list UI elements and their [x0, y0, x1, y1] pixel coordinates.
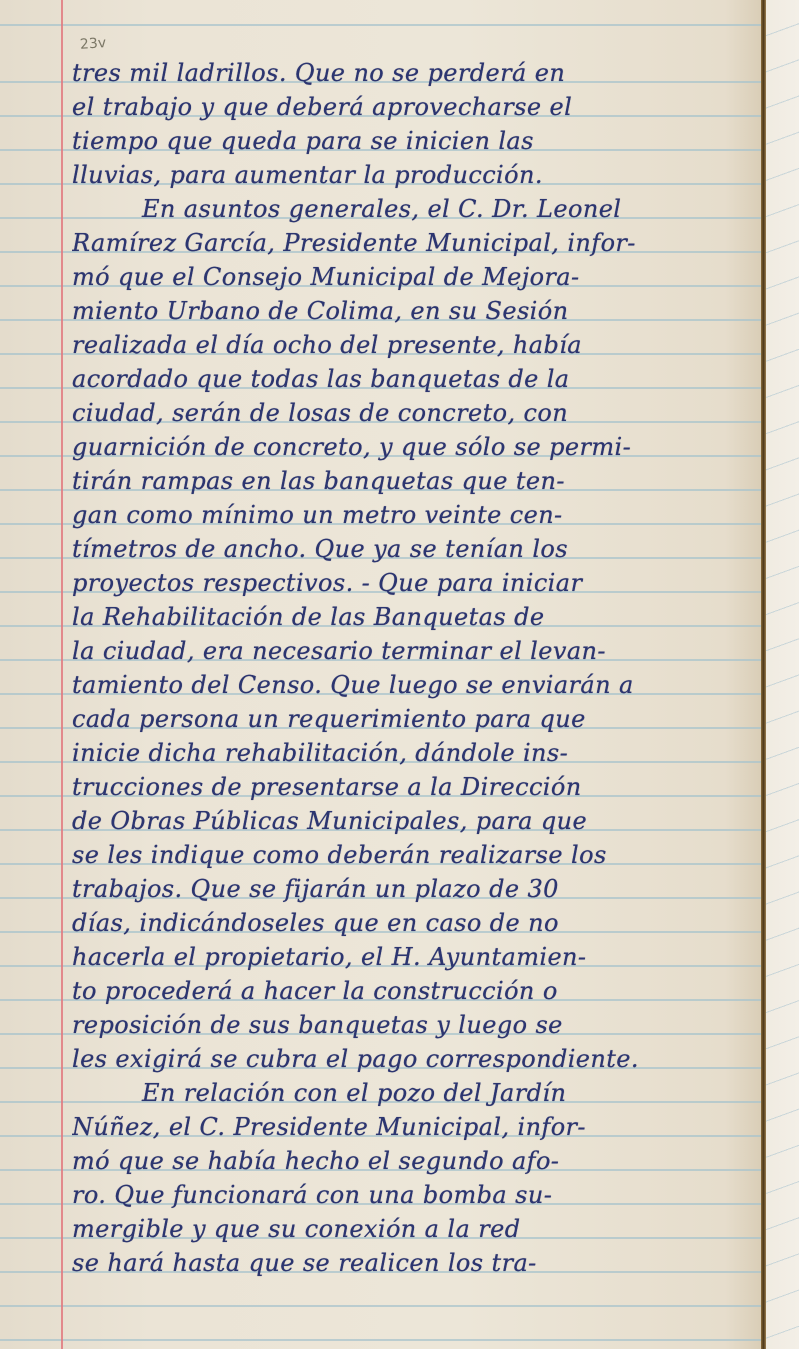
facing-page-ruled-lines: [766, 0, 799, 1349]
text-line: lluvias, para aumentar la producción.: [72, 158, 762, 192]
text-line: miento Urbano de Colima, en su Sesión: [72, 294, 762, 328]
text-line: tímetros de ancho. Que ya se tenían los: [72, 532, 762, 566]
text-line: trabajos. Que se fijarán un plazo de 30: [72, 872, 762, 906]
text-line: gan como mínimo un metro veinte cen-: [72, 498, 762, 532]
text-line: trucciones de presentarse a la Dirección: [72, 770, 762, 804]
text-line: Ramírez García, Presidente Municipal, in…: [72, 226, 762, 260]
text-line: les exigirá se cubra el pago correspondi…: [72, 1042, 762, 1076]
text-line: cada persona un requerimiento para que: [72, 702, 762, 736]
text-line: se les indique como deberán realizarse l…: [72, 838, 762, 872]
text-line: ciudad, serán de losas de concreto, con: [72, 396, 762, 430]
paragraph-start-line: En asuntos generales, el C. Dr. Leonel: [72, 192, 762, 226]
text-line: Núñez, el C. Presidente Municipal, infor…: [72, 1110, 762, 1144]
text-line: tiempo que queda para se inicien las: [72, 124, 762, 158]
text-line: se hará hasta que se realicen los tra-: [72, 1246, 762, 1280]
text-line: to procederá a hacer la construcción o: [72, 974, 762, 1008]
text-line: tirán rampas en las banquetas que ten-: [72, 464, 762, 498]
text-line: hacerla el propietario, el H. Ayuntamien…: [72, 940, 762, 974]
text-line: proyectos respectivos. - Que para inicia…: [72, 566, 762, 600]
text-line: inicie dicha rehabilitación, dándole ins…: [72, 736, 762, 770]
text-line: realizada el día ocho del presente, habí…: [72, 328, 762, 362]
handwritten-text: tres mil ladrillos. Que no se perderá en…: [72, 56, 762, 1280]
text-line: mó que el Consejo Municipal de Mejora-: [72, 260, 762, 294]
text-line: la ciudad, era necesario terminar el lev…: [72, 634, 762, 668]
text-line: tres mil ladrillos. Que no se perderá en: [72, 56, 762, 90]
margin-line: [61, 0, 63, 1349]
text-line: reposición de sus banquetas y luego se: [72, 1008, 762, 1042]
text-line: la Rehabilitación de las Banquetas de: [72, 600, 762, 634]
text-line: días, indicándoseles que en caso de no: [72, 906, 762, 940]
text-line: mergible y que su conexión a la red: [72, 1212, 762, 1246]
text-line: de Obras Públicas Municipales, para que: [72, 804, 762, 838]
text-line: tamiento del Censo. Que luego se enviará…: [72, 668, 762, 702]
text-line: el trabajo y que deberá aprovecharse el: [72, 90, 762, 124]
paragraph-start-line: En relación con el pozo del Jardín: [72, 1076, 762, 1110]
folio-number: 23v: [79, 35, 106, 53]
text-line: guarnición de concreto, y que sólo se pe…: [72, 430, 762, 464]
text-line: ro. Que funcionará con una bomba su-: [72, 1178, 762, 1212]
text-line: acordado que todas las banquetas de la: [72, 362, 762, 396]
text-line: mó que se había hecho el segundo afo-: [72, 1144, 762, 1178]
